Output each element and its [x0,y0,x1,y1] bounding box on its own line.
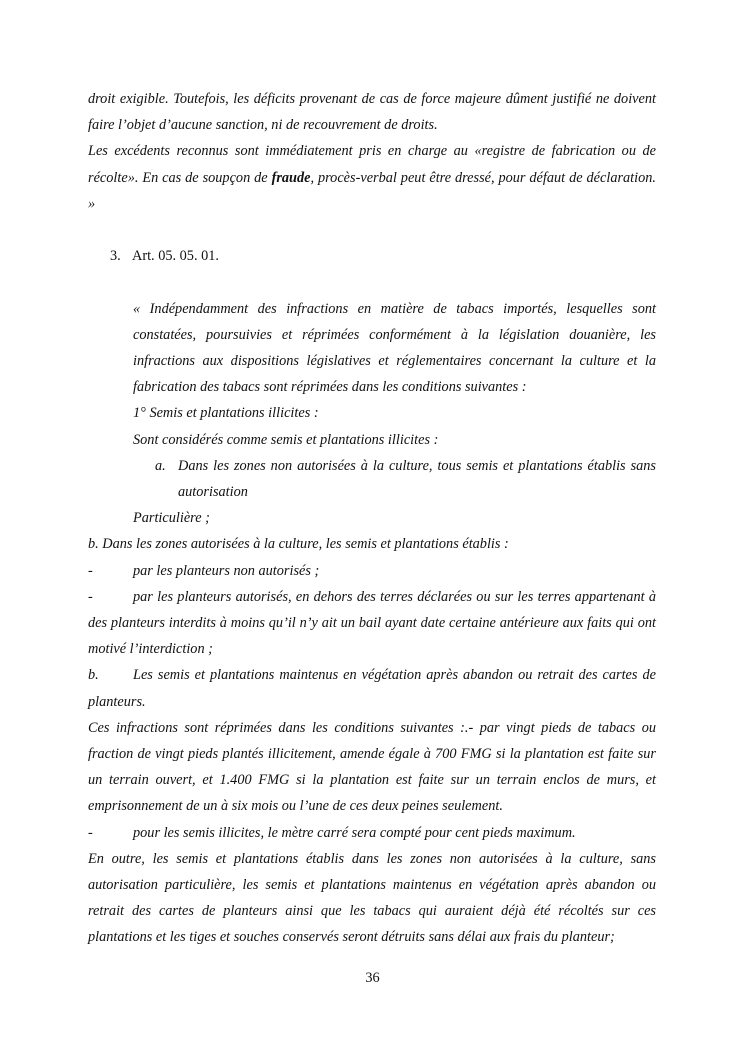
dash-label: - [88,558,93,584]
heading-semis: 1° Semis et plantations illicites : [133,400,656,426]
excedents-paragraph: Les excédents reconnus sont immédiatemen… [88,138,656,217]
item-b2-label: b. [88,662,133,688]
item-b2: b.Les semis et plantations maintenus en … [88,662,656,714]
article-title: Art. 05. 05. 01. [132,248,219,264]
item-a-text: Dans les zones non autorisées à la cultu… [178,458,656,500]
dash-text: par les planteurs autorisés, en dehors d… [88,589,656,657]
item-b2-text: Les semis et plantations maintenus en vé… [88,667,656,709]
article-heading: 3.Art. 05. 05. 01. [110,243,656,269]
dash-item: -par les planteurs autorisés, en dehors … [88,584,656,663]
semis-label: - [88,820,93,846]
fraude-bold: fraude [272,170,311,186]
dash-item: -par les planteurs non autorisés ; [88,558,656,584]
penalties-paragraph: Ces infractions sont réprimées dans les … [88,715,656,820]
dash-text: par les planteurs non autorisés ; [133,563,319,579]
page-number: 36 [0,970,745,987]
item-b-heading: b. Dans les zones autorisées à la cultur… [88,531,656,557]
semis-item: -pour les semis illicites, le mètre carr… [88,820,656,846]
intro-paragraph: droit exigible. Toutefois, les déficits … [88,86,656,138]
considered-text: Sont considérés comme semis et plantatio… [133,427,656,453]
particuliere-text: Particulière ; [133,505,656,531]
document-page: droit exigible. Toutefois, les déficits … [88,86,656,951]
dash-label: - [88,584,133,610]
semis-text: pour les semis illicites, le mètre carré… [133,825,576,841]
item-a-label: a. [155,453,166,479]
article-number: 3. [110,243,132,269]
quote-intro: « Indépendamment des infractions en mati… [133,296,656,401]
final-paragraph: En outre, les semis et plantations établ… [88,846,656,951]
item-a: a.Dans les zones non autorisées à la cul… [155,453,656,505]
